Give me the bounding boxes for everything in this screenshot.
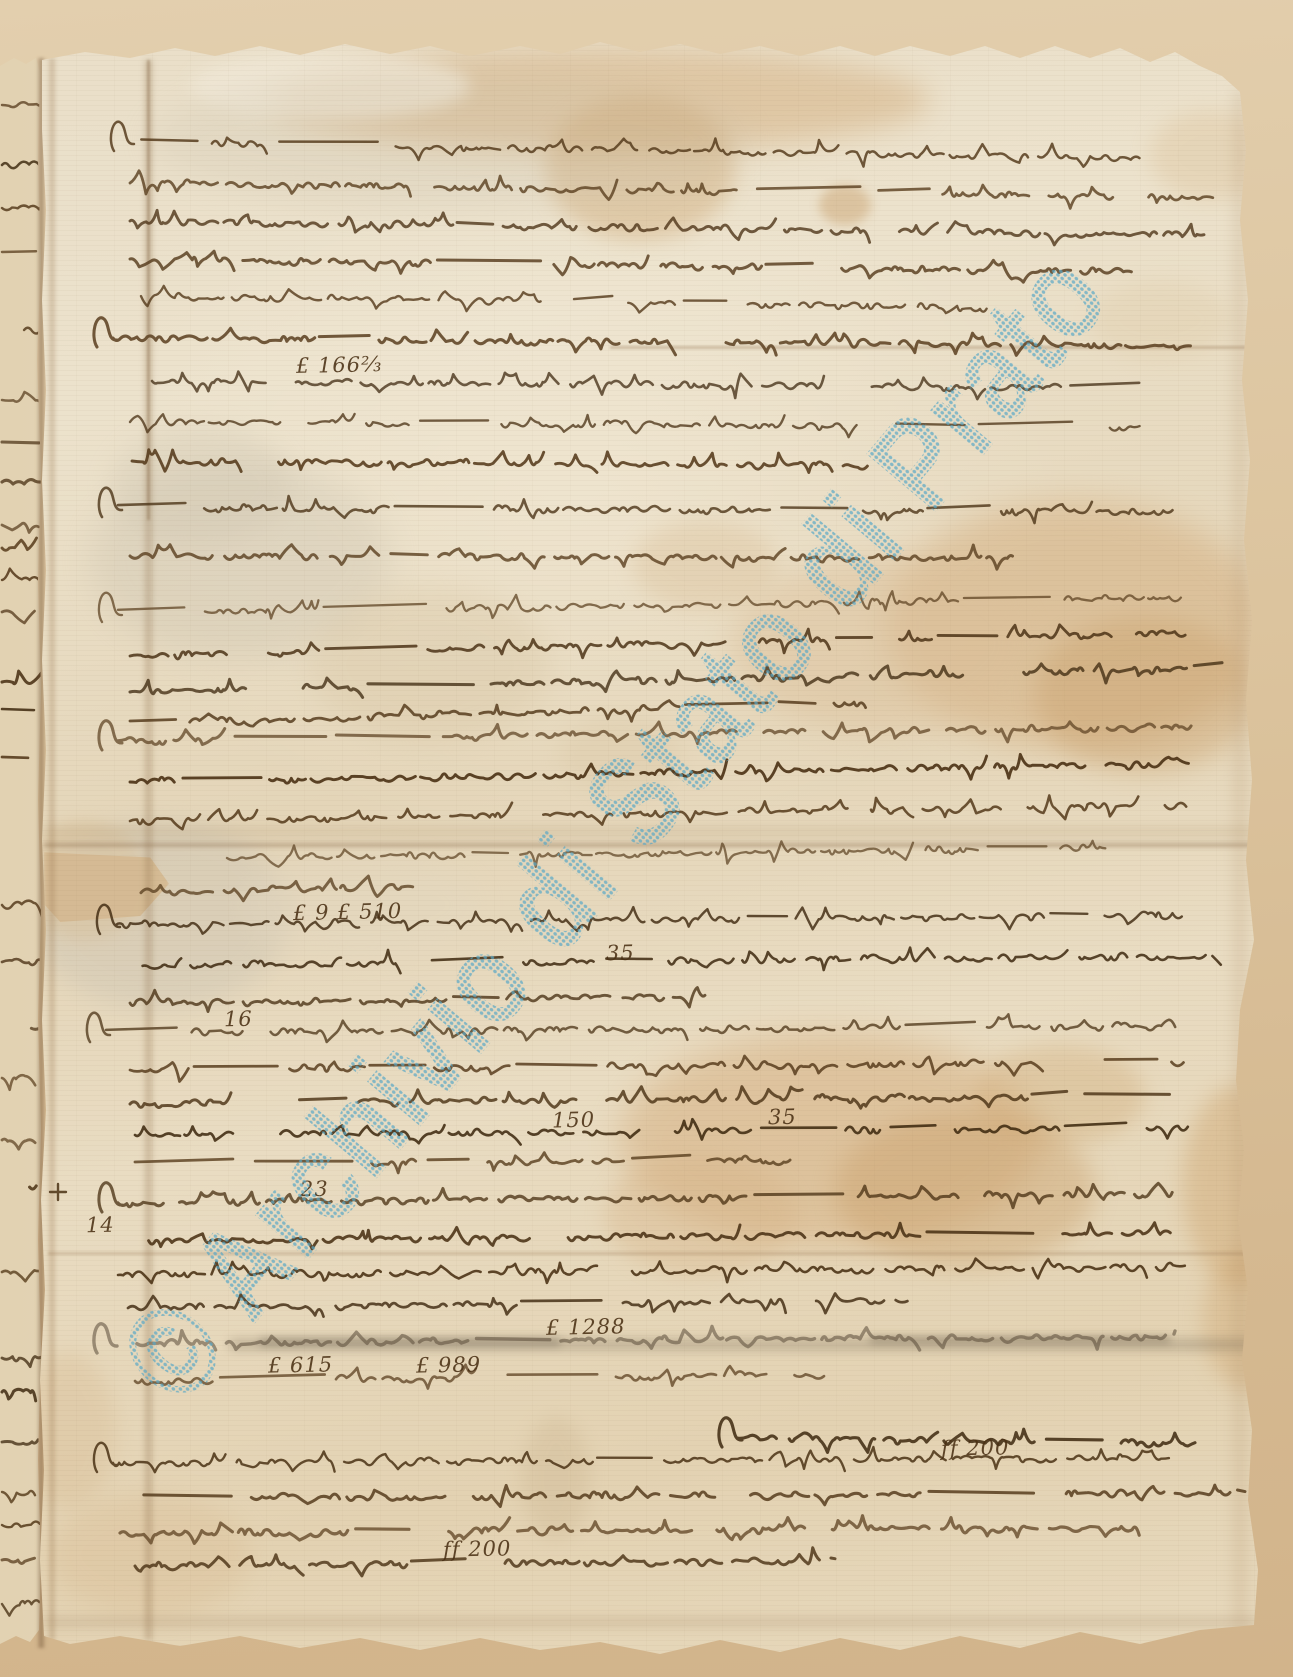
strip-ink-fragment (2, 523, 39, 532)
strip-ink-fragment (2, 611, 35, 623)
strip-ink-fragment (2, 1440, 38, 1445)
strip-ink-fragment (2, 538, 37, 550)
strip-ink-fragment (2, 251, 36, 252)
strip-ink-fragment (2, 709, 34, 710)
manuscript-scene: £ 166⅔£ 9 £ 5103516150352314£ 1288£ 615£… (0, 0, 1293, 1677)
legible-token: £ 1288 (546, 1314, 626, 1340)
page-sheet: £ 166⅔£ 9 £ 5103516150352314£ 1288£ 615£… (0, 0, 1293, 1677)
legible-token: 35 (768, 1105, 797, 1130)
strip-ink-fragment (2, 569, 39, 581)
strip-ink-fragment (30, 1186, 37, 1189)
legible-token: 16 (224, 1007, 253, 1032)
legible-token: 150 (552, 1108, 596, 1133)
strip-ink-fragment (2, 1491, 35, 1502)
strip-ink-fragment (2, 162, 40, 169)
legible-token: £ 9 £ 510 (293, 899, 403, 925)
strip-ink-fragment (2, 901, 42, 917)
strip-ink-fragment (2, 1600, 39, 1615)
strip-ink-fragment (2, 757, 28, 758)
strip-ink-fragment (2, 671, 42, 684)
strip-ink-fragment (2, 1558, 35, 1563)
legible-token: £ 166⅔ (296, 352, 383, 378)
legible-token: ff 200 (941, 1435, 1010, 1460)
legible-token: £ 989 (416, 1352, 482, 1377)
strip-ink-fragment (2, 1389, 36, 1401)
legible-token: ff 200 (443, 1536, 512, 1561)
strip-ink-fragment (2, 1075, 35, 1090)
legible-token: 14 (86, 1213, 115, 1238)
strip-ink-fragment (2, 442, 39, 443)
strip-ink-fragment (2, 1522, 40, 1528)
strip-ink-fragment (2, 1139, 35, 1149)
